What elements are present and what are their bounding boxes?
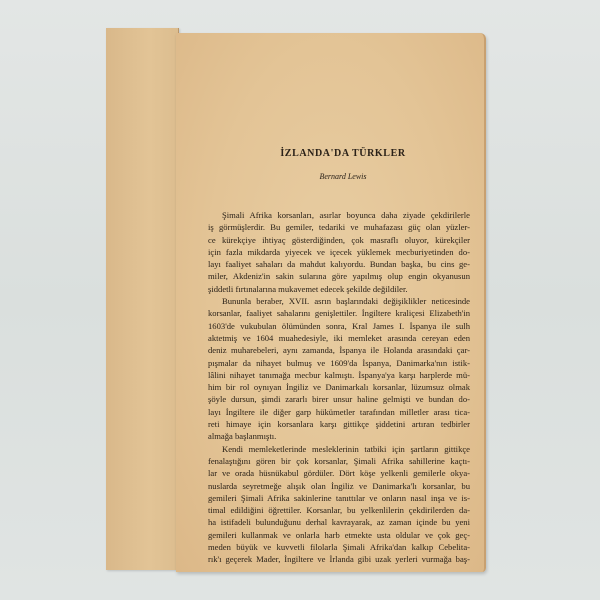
text-line: reti himaye için korsanlara karşı gittik… <box>194 418 470 430</box>
text-line: iş görmüşlerdir. Bu gemiler, tedariki ve… <box>194 221 470 233</box>
booklet-spine-strip <box>106 28 179 570</box>
text-line: layı İngiltere ile diğer garp hükümetler… <box>194 406 470 418</box>
text-line: almağa başlanmıştı. <box>194 430 470 442</box>
text-line: 1603'de vukubulan ölümünden sonra, Kral … <box>194 320 470 332</box>
paragraph: Şimali Afrika korsanları, asırlar boyunc… <box>194 209 470 295</box>
text-line: miler, Akdeniz'in sakin sularına göre ya… <box>194 270 470 282</box>
text-line: lar ve orada hüsnükabul gördüler. Dört k… <box>194 467 470 479</box>
text-line: fenalaştığını gören bir çok korsanlar, Ş… <box>194 455 470 467</box>
text-line: pışmalar da nihayet bulmuş ve 1609'da İs… <box>194 357 470 369</box>
text-line: him bir rol oynıyan İngiliz ve Danimarka… <box>194 381 470 393</box>
text-line: ce kürekçiye ihtiyaç gösterdiğinden, çok… <box>194 234 470 246</box>
text-line: lâlini nihayet tanımağa mecbur kalmıştı.… <box>194 369 470 381</box>
text-line: gemileri Şimali Afrika sakinlerine tanıt… <box>194 492 470 504</box>
text-line: Kendi memleketlerinde mesleklerinin tatb… <box>194 443 470 455</box>
text-line: şöyle dursun, şimdi zararlı birer unsur … <box>194 393 470 405</box>
paragraph: Kendi memleketlerinde mesleklerinin tatb… <box>194 443 470 566</box>
text-line: rık'ı geçerek Mader, İngiltere ve İrland… <box>194 553 470 565</box>
text-line: Şimali Afrika korsanları, asırlar boyunc… <box>194 209 470 221</box>
text-line: aktetmiş ve 1604 muahedesiyle, iki memle… <box>194 332 470 344</box>
text-line: şiddetli fırtınalarına mukavemet edecek … <box>194 283 470 295</box>
text-line: ha istifadeli bulunduğunu derhal kavraya… <box>194 516 470 528</box>
text-line: için fazla mikdarda yiyecek ve içecek yü… <box>194 246 470 258</box>
text-line: meden büyük ve kuvvetli filolarla Şimali… <box>194 541 470 553</box>
text-line: korsanlar, faaliyet sahalarını genişlett… <box>194 307 470 319</box>
article-body: İZLANDA'DA TÜRKLER Bernard Lewis Şimali … <box>194 148 470 566</box>
article-author: Bernard Lewis <box>216 172 470 181</box>
text-line: layı faaliyet sahaları da mahdut kalıyor… <box>194 258 470 270</box>
text-line: Bununla beraber, XVII. asrın başlarındak… <box>194 295 470 307</box>
text-line: gemileri kullanmak ve onlarla harb etmek… <box>194 529 470 541</box>
paragraph: Bununla beraber, XVII. asrın başlarındak… <box>194 295 470 443</box>
article-paragraphs: Şimali Afrika korsanları, asırlar boyunc… <box>194 209 470 566</box>
text-line: deniz muharebeleri, aynı zamanda, İspany… <box>194 344 470 356</box>
text-line: nuslarda seyretmeğe alışık olan İngiliz … <box>194 480 470 492</box>
text-line: timal edildiğini öğrettiler. Korsanlar, … <box>194 504 470 516</box>
article-title: İZLANDA'DA TÜRKLER <box>216 148 470 159</box>
